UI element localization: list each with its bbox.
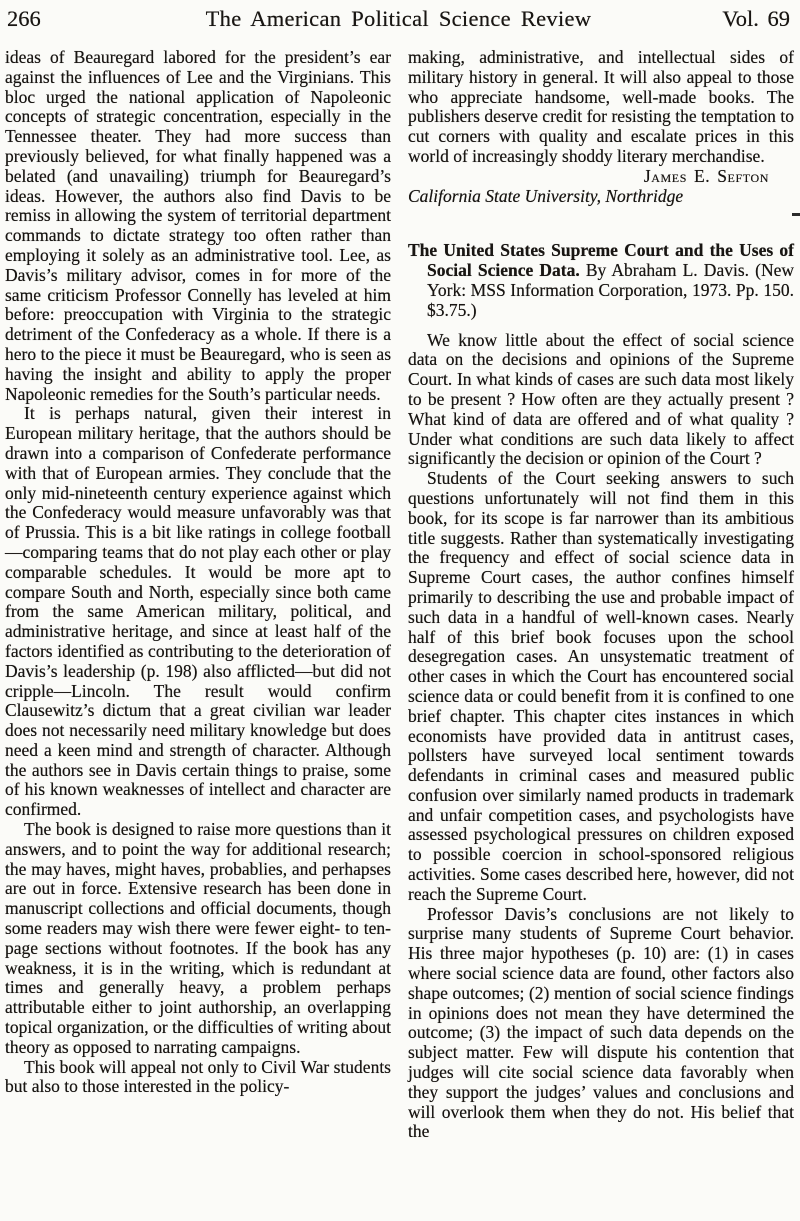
left-column: ideas of Beauregard labored for the pres… bbox=[5, 48, 391, 1142]
scan-artifact-mark bbox=[792, 213, 800, 216]
reviewer-signature: James E. Sefton bbox=[408, 167, 794, 187]
journal-page: 266 The American Political Science Revie… bbox=[0, 0, 800, 1221]
book-review-heading: The United States Supreme Court and the … bbox=[408, 241, 794, 320]
review-paragraph: We know little about the effect of socia… bbox=[408, 331, 794, 470]
page-number: 266 bbox=[7, 6, 97, 32]
review-paragraph: The book is designed to raise more quest… bbox=[5, 820, 391, 1058]
two-column-layout: ideas of Beauregard labored for the pres… bbox=[0, 48, 800, 1142]
review-paragraph: It is perhaps natural, given their inter… bbox=[5, 404, 391, 820]
page-header: 266 The American Political Science Revie… bbox=[0, 0, 800, 32]
volume-label: Vol. 69 bbox=[700, 6, 790, 32]
right-column: making, administrative, and intellectual… bbox=[408, 48, 794, 1142]
journal-title: The American Political Science Review bbox=[97, 6, 700, 32]
review-paragraph: Professor Davis’s conclusions are not li… bbox=[408, 905, 794, 1143]
review-paragraph: This book will appeal not only to Civil … bbox=[5, 1058, 391, 1098]
review-paragraph-continuation: making, administrative, and intellectual… bbox=[408, 48, 794, 167]
review-paragraph-continuation: ideas of Beauregard labored for the pres… bbox=[5, 48, 391, 404]
review-paragraph: Students of the Court seeking answers to… bbox=[408, 469, 794, 905]
reviewer-affiliation: California State University, Northridge bbox=[408, 187, 794, 207]
